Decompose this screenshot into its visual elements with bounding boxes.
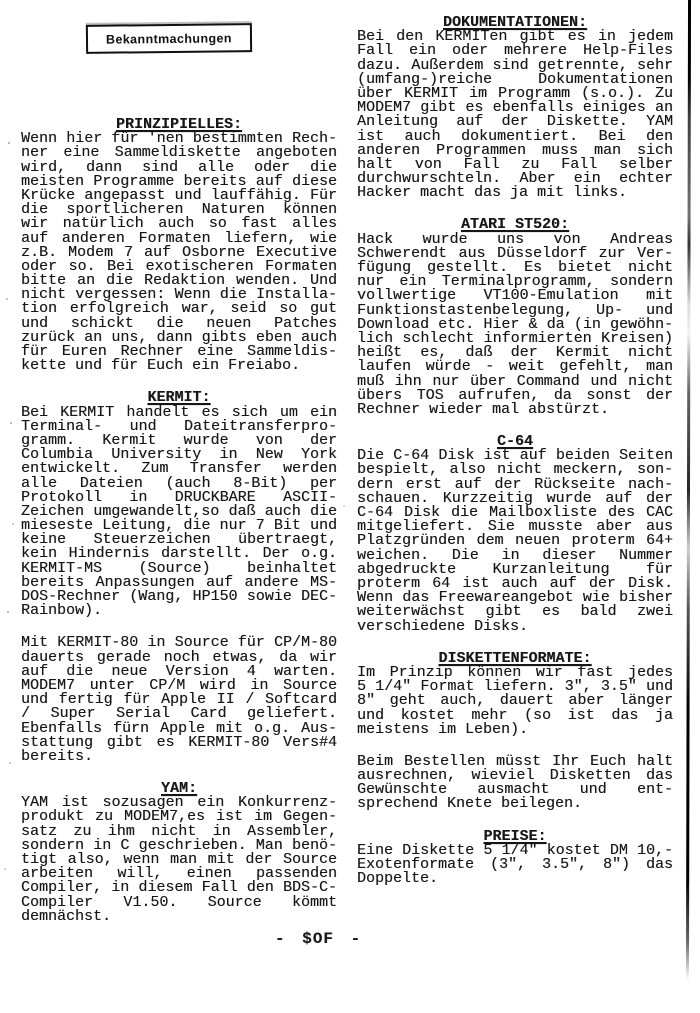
announcement-badge-label: Bekanntmachungen — [106, 31, 232, 46]
text-line: Doppelte. — [357, 872, 673, 886]
paragraph: Bei KERMIT handelt es sich um einTermina… — [21, 406, 337, 619]
paragraph: Die C-64 Disk ist auf beiden Seitenbespi… — [357, 449, 673, 633]
paragraph: Hack wurde uns von AndreasSchwerendt aus… — [357, 233, 673, 417]
text-line: Hacker macht das ja mit links. — [357, 186, 673, 200]
paragraph: Mit KERMIT-80 in Source für CP/M-80dauer… — [21, 636, 337, 764]
paragraph: Wenn hier für 'nen bestimmten Rech-ner e… — [21, 132, 337, 373]
paragraph: Bei den KERMITen gibt es in jedemFall ei… — [357, 30, 673, 200]
right-column: DOKUMENTATIONEN:Bei den KERMITen gibt es… — [357, 16, 673, 886]
text-line: sprechend Knete beilegen. — [357, 797, 673, 811]
text-line: kette und für Euch ein Freiabo. — [21, 359, 337, 373]
paragraph: Eine Diskette 5 1/4" kostet DM 10,-Exote… — [357, 844, 673, 887]
text-line: meistens im Leben). — [357, 723, 673, 737]
text-line: bereits. — [21, 750, 337, 764]
scanned-newsletter-page: Bekanntmachungen PRINZIPIELLES:Wenn hier… — [0, 0, 700, 1013]
page-footer: - $OF - — [0, 930, 668, 948]
page-number: - $OF - — [275, 930, 361, 948]
scan-speckles — [0, 0, 2, 2]
paragraph: YAM ist sozusagen ein Konkurrenz-produkt… — [21, 796, 337, 924]
text-line: verschiedene Disks. — [357, 620, 673, 634]
paragraph: Im Prinzip können wir fast jedes5 1/4" F… — [357, 666, 673, 737]
text-line: demnächst. — [21, 910, 337, 924]
scan-artifact-right-edge — [686, 0, 691, 980]
text-line: Rechner wieder mal abstürzt. — [357, 403, 673, 417]
announcement-badge: Bekanntmachungen — [86, 23, 252, 54]
paragraph: Beim Bestellen müsst Ihr Euch haltausrec… — [357, 755, 673, 812]
left-column: PRINZIPIELLES:Wenn hier für 'nen bestimm… — [21, 118, 337, 924]
text-line: Rainbow). — [21, 604, 337, 618]
